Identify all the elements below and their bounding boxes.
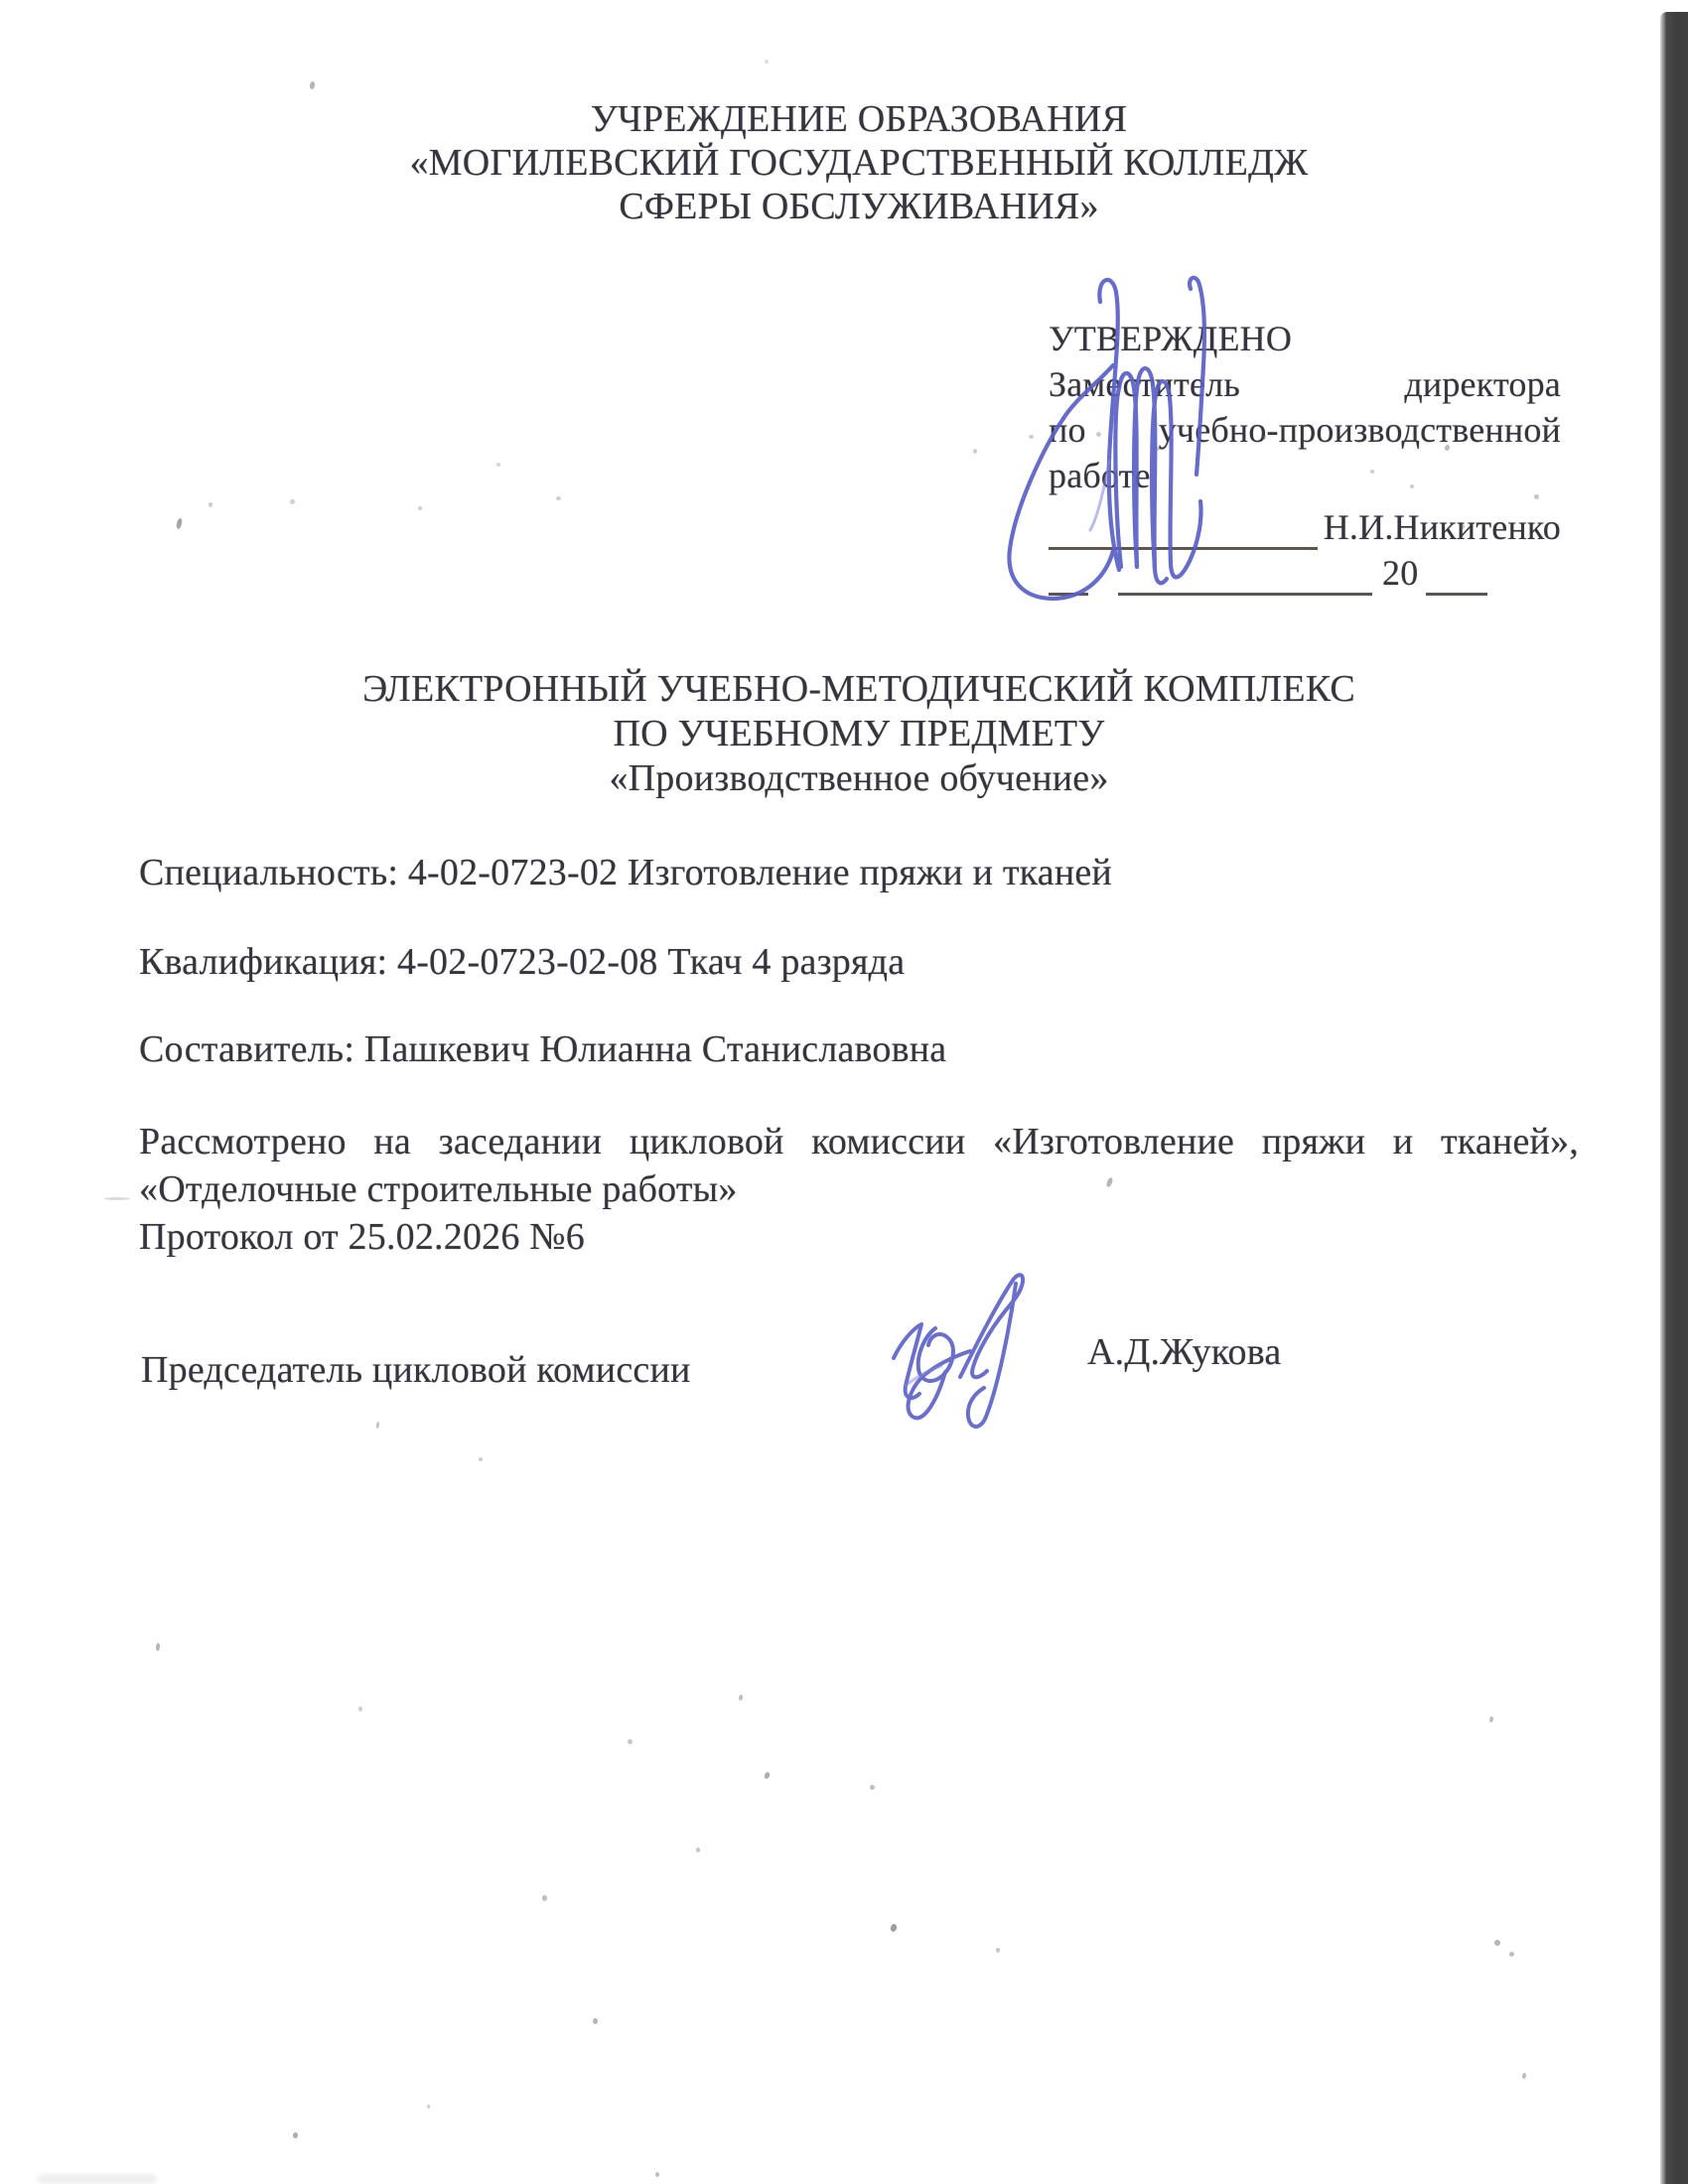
review-line3: Протокол от 25.02.2026 №6 <box>139 1213 1579 1261</box>
scan-speck <box>556 496 561 500</box>
scan-speck <box>1410 484 1414 488</box>
scan-speck <box>376 1422 380 1429</box>
scan-speck <box>1534 494 1539 499</box>
scan-speck <box>996 1948 1000 1953</box>
chairman-handwritten-signature <box>890 1267 1041 1441</box>
scan-speck <box>628 1739 633 1744</box>
document-title-line2: ПО УЧЕБНОМУ ПРЕДМЕТУ <box>139 712 1579 756</box>
scan-speck <box>156 1643 161 1651</box>
scan-speck <box>290 499 295 504</box>
scan-speck <box>1509 1952 1514 1957</box>
scan-speck <box>1494 1940 1500 1946</box>
review-word: на <box>373 1118 411 1165</box>
scan-speck <box>1460 524 1465 529</box>
scan-speck <box>1156 447 1160 451</box>
scan-smudge <box>38 2174 157 2184</box>
scan-speck <box>870 1785 875 1790</box>
review-paragraph: Рассмотреноназаседаниицикловойкомиссии«И… <box>139 1118 1579 1261</box>
chairman-role: Председатель цикловой комиссии <box>141 1348 691 1392</box>
scan-speck <box>890 1923 898 1932</box>
document-title-line1: ЭЛЕКТРОННЫЙ УЧЕБНО-МЕТОДИЧЕСКИЙ КОМПЛЕКС <box>139 667 1579 712</box>
scan-speck <box>765 60 769 64</box>
institution-header: УЧРЕЖДЕНИЕ ОБРАЗОВАНИЯ «МОГИЛЕВСКИЙ ГОСУ… <box>139 97 1579 228</box>
review-line1: Рассмотреноназаседаниицикловойкомиссии«И… <box>139 1118 1579 1165</box>
scan-speck <box>176 518 184 530</box>
scan-speck <box>696 1847 700 1852</box>
review-word: Рассмотрено <box>139 1118 347 1165</box>
review-word: тканей», <box>1441 1118 1579 1165</box>
scan-speck <box>1261 435 1266 440</box>
scan-speck <box>764 1771 771 1779</box>
scan-speck <box>655 2172 659 2177</box>
scan-speck <box>1488 1716 1493 1723</box>
scan-speck <box>209 502 212 507</box>
review-word: «Изготовление <box>993 1118 1234 1165</box>
scan-speck <box>293 2132 299 2139</box>
approval-role-word: директора <box>1404 361 1561 407</box>
review-word: пряжи <box>1262 1118 1365 1165</box>
scan-speck <box>496 463 500 467</box>
scan-edge-bar <box>1660 12 1688 2184</box>
scan-speck <box>418 506 422 510</box>
scan-speck <box>358 1706 362 1711</box>
specialty-line: Специальность: 4-02-0723-02 Изготовление… <box>139 850 1112 895</box>
scan-speck <box>309 81 315 90</box>
review-word: заседании <box>439 1118 603 1165</box>
institution-line2: «МОГИЛЕВСКИЙ ГОСУДАРСТВЕННЫЙ КОЛЛЕДЖ <box>139 141 1579 185</box>
scanned-title-page: УЧРЕЖДЕНИЕ ОБРАЗОВАНИЯ «МОГИЛЕВСКИЙ ГОСУ… <box>0 0 1688 2184</box>
approver-name: Н.И.Никитенко <box>1324 504 1561 550</box>
scan-speck <box>1522 2073 1527 2080</box>
scan-speck <box>1029 435 1034 439</box>
chairman-name: А.Д.Жукова <box>1087 1330 1281 1374</box>
review-word: комиссии <box>811 1118 965 1165</box>
institution-line1: УЧРЕЖДЕНИЕ ОБРАЗОВАНИЯ <box>139 97 1579 141</box>
scan-speck <box>738 1695 743 1702</box>
review-word: и <box>1393 1118 1414 1165</box>
approver-handwritten-signature <box>1001 270 1217 606</box>
document-title: ЭЛЕКТРОННЫЙ УЧЕБНО-МЕТОДИЧЕСКИЙ КОМПЛЕКС… <box>139 667 1579 801</box>
scan-speck <box>593 2018 598 2024</box>
scan-speck <box>1096 432 1101 437</box>
date-year-prefix: 20 <box>1382 550 1418 596</box>
scan-speck <box>479 1457 483 1461</box>
institution-line3: СФЕРЫ ОБСЛУЖИВАНИЯ» <box>139 185 1579 228</box>
approval-role-word: учебно-производственной <box>1159 407 1561 453</box>
qualification-line: Квалификация: 4-02-0723-02-08 Ткач 4 раз… <box>139 939 905 985</box>
author-line: Составитель: Пашкевич Юлианна Станиславо… <box>139 1026 946 1072</box>
scan-speck <box>427 2105 430 2109</box>
document-title-line3: «Производственное обучение» <box>139 756 1579 801</box>
scan-speck <box>542 1895 547 1901</box>
scan-speck <box>1370 470 1374 474</box>
scan-speck <box>973 449 977 454</box>
review-word: цикловой <box>630 1118 784 1165</box>
scan-speck <box>104 1197 130 1200</box>
review-line2: «Отделочные строительные работы» <box>139 1165 1579 1213</box>
date-underline-year <box>1426 547 1487 596</box>
